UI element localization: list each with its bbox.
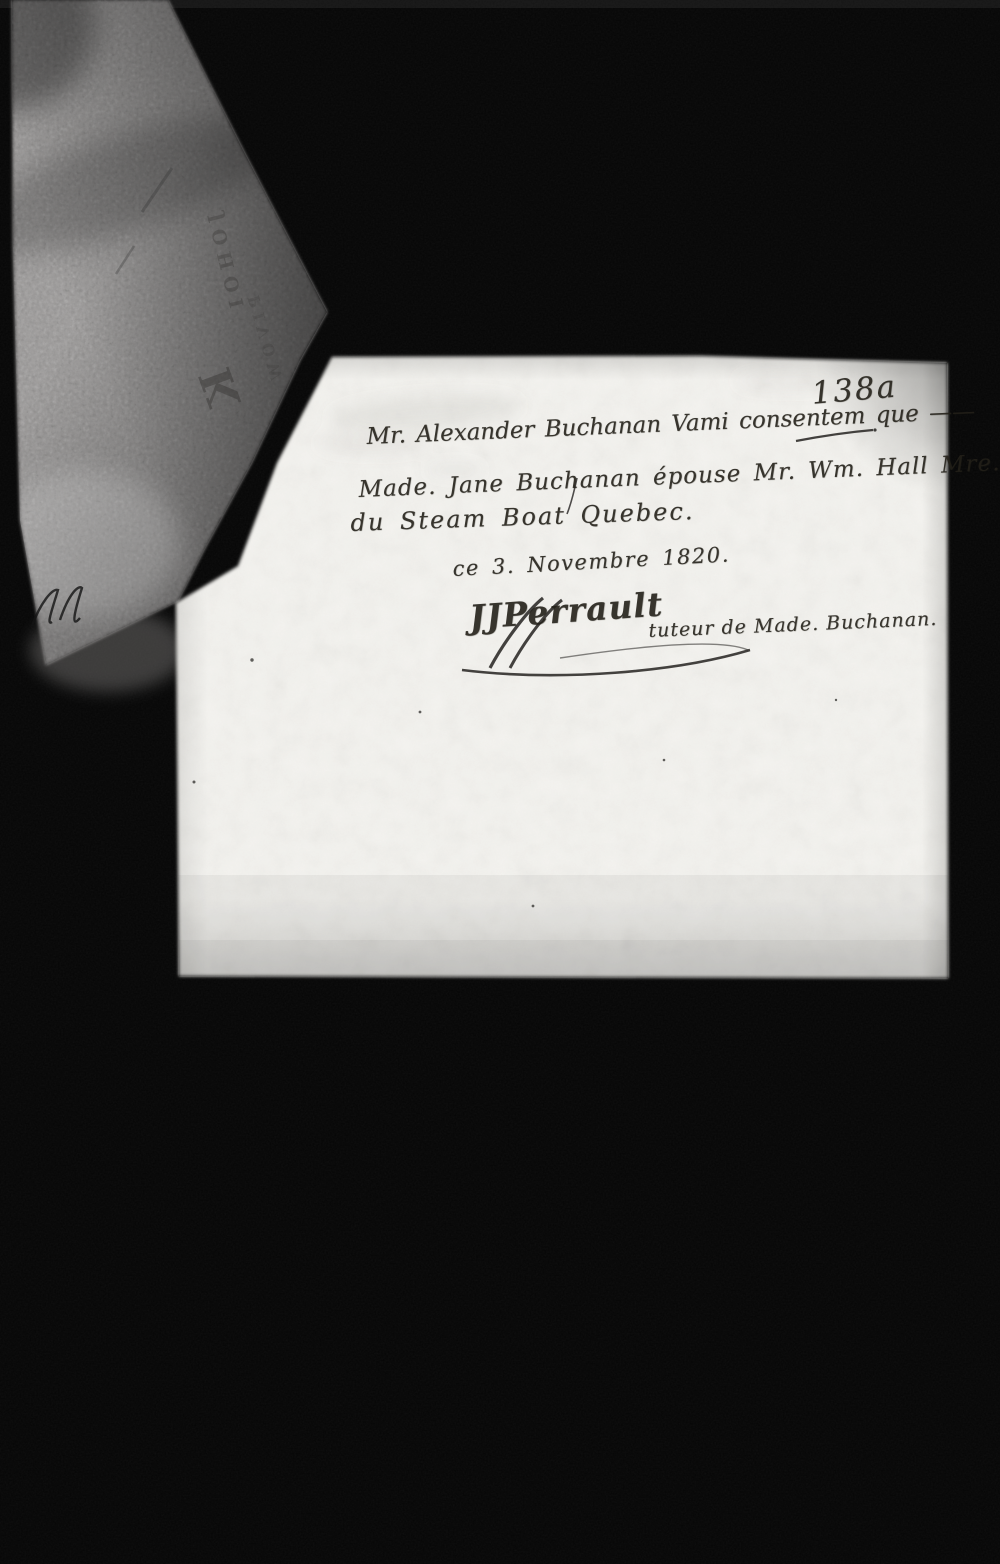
document-page-surface [170,350,960,990]
microfilm-scan: JOHOI K PIVOW 138a Mr. Alexander Buchana… [0,0,1000,1564]
scan-artwork [0,0,1000,1564]
